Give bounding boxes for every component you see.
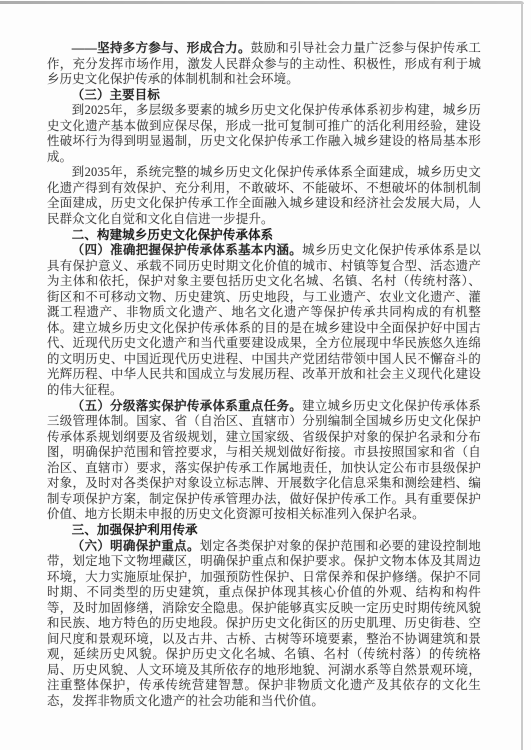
item-4-paragraph: （四）准确把握保护传承体系基本内涵。城乡历史文化保护传承体系是以具有保护意义、承… [47,243,481,398]
item-5-body: 建立城乡历史文化保护传承体系三级管理体制。国家、省（自治区、直辖市）分别编制全国… [47,399,481,522]
goal-2035-paragraph: 到2035年，系统完整的城乡历史文化保护传承体系全面建成，城乡历史文化遗产得到有… [47,165,481,227]
scanned-document-page: ——坚持多方参与、形成合力。鼓励和引导社会力量广泛参与保护传承工作，充分发挥市场… [0,0,531,750]
dash-point-lead: ——坚持多方参与、形成合力。 [72,41,251,55]
item-6-lead: （六）明确保护重点。 [72,539,200,553]
scan-right-edge-line [521,3,523,750]
item-5-paragraph: （五）分级落实保护传承体系重点任务。建立城乡历史文化保护传承体系三级管理体制。国… [47,399,481,523]
item-4-body: 城乡历史文化保护传承体系是以具有保护意义、承载不同历史时期文化价值的城市、村镇等… [47,243,481,397]
document-body-text: ——坚持多方参与、形成合力。鼓励和引导社会力量广泛参与保护传承工作，充分发挥市场… [47,41,481,710]
subsection-heading-main-goals: （三）主要目标 [47,88,481,104]
item-6-paragraph: （六）明确保护重点。划定各类保护对象的保护范围和必要的建设控制地带，划定地下文物… [47,539,481,710]
item-4-lead: （四）准确把握保护传承体系基本内涵。 [72,243,302,257]
goal-2025-paragraph: 到2025年，多层级多要素的城乡历史文化保护传承体系初步构建，城乡历史文化遗产基… [47,103,481,165]
section-heading-2: 二、构建城乡历史文化保护传承体系 [47,228,481,244]
dash-point-paragraph: ——坚持多方参与、形成合力。鼓励和引导社会力量广泛参与保护传承工作，充分发挥市场… [47,41,481,88]
scan-top-edge-line [0,1,524,4]
section-heading-3: 三、加强保护利用传承 [47,523,481,539]
item-5-lead: （五）分级落实保护传承体系重点任务。 [72,399,302,413]
item-6-body: 划定各类保护对象的保护范围和必要的建设控制地带，划定地下文物埋藏区，明确保护重点… [47,539,481,708]
